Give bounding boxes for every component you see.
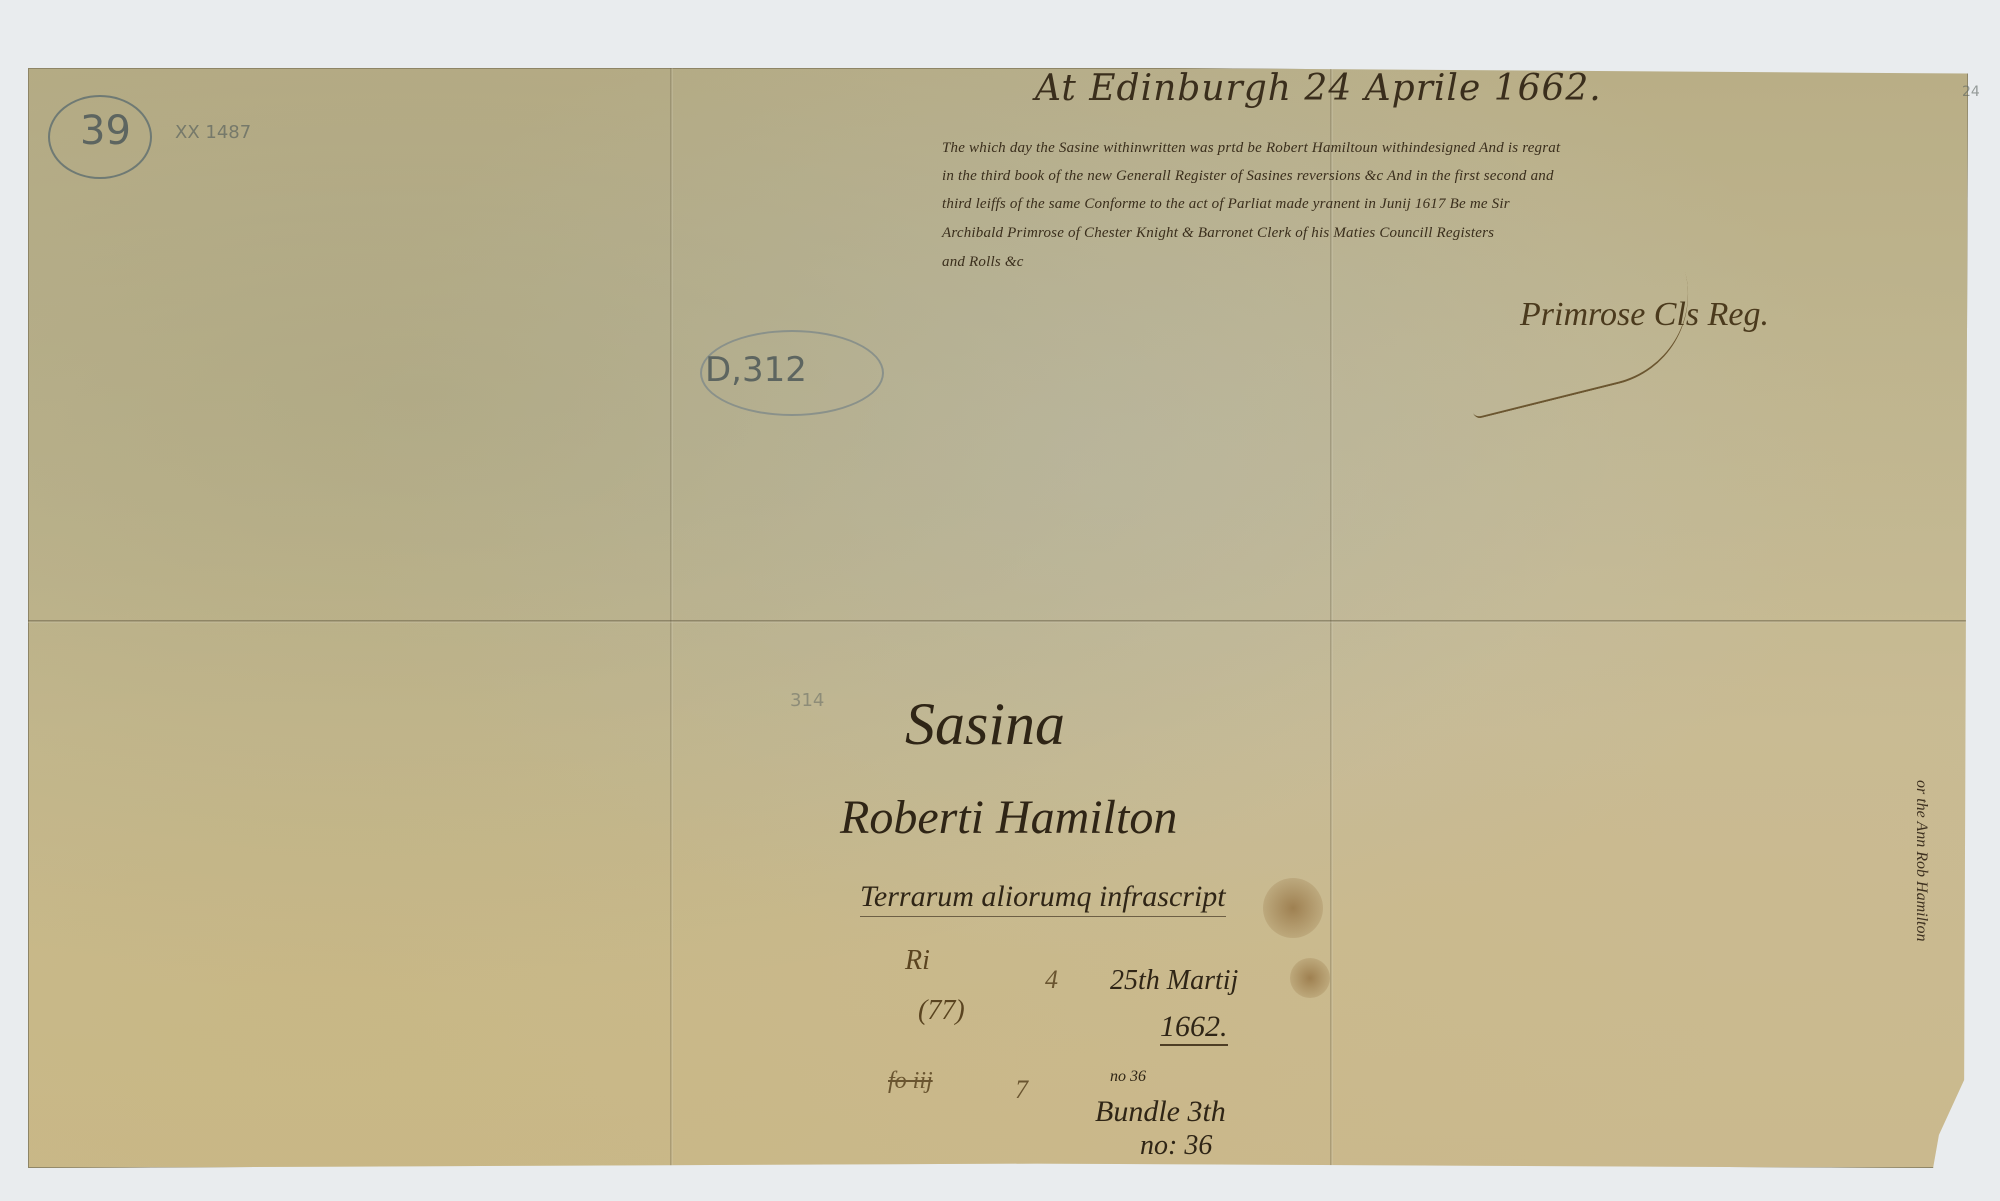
mark-fo-struck: fo iij xyxy=(888,1068,933,1095)
registration-line-5: and Rolls &c xyxy=(942,254,1024,271)
endorsement-title: Sasina xyxy=(905,690,1065,759)
endorsement-name: Roberti Hamilton xyxy=(840,790,1177,845)
registration-line-1: The which day the Sasine withinwritten w… xyxy=(942,140,1560,157)
ink-stain xyxy=(1290,958,1330,998)
mark-77: (77) xyxy=(918,995,965,1027)
mark-4: 4 xyxy=(1045,965,1058,995)
ink-stain xyxy=(1263,878,1323,938)
fold-line-horizontal xyxy=(28,620,1968,623)
endorsement-date-2: 1662. xyxy=(1160,1010,1228,1046)
mark-ri: Ri xyxy=(905,945,930,977)
circled-number: 39 xyxy=(80,108,131,154)
registration-line-3: third leiffs of the same Conforme to the… xyxy=(942,196,1510,213)
registration-line-2: in the third book of the new Generall Re… xyxy=(942,168,1554,185)
margin-note-vertical: or the Ann Rob Hamilton xyxy=(1912,780,1930,941)
fold-line-vertical-left xyxy=(670,68,673,1168)
mark-7: 7 xyxy=(1015,1075,1028,1105)
ref-oval-text: D,312 xyxy=(705,350,807,390)
place-date-heading: At Edinburgh 24 Aprile 1662. xyxy=(1035,68,1602,109)
endorsement-bundle-no: no: 36 xyxy=(1140,1130,1212,1162)
signature: Primrose Cls Reg. xyxy=(1520,296,1769,334)
corner-folio: 24 xyxy=(1962,84,1980,100)
registration-line-4: Archibald Primrose of Chester Knight & B… xyxy=(942,225,1494,242)
archive-ref: XX 1487 xyxy=(175,122,251,143)
endorsement-subject: Terrarum aliorumq infrascript xyxy=(860,880,1226,917)
endorsement-bundle: Bundle 3th xyxy=(1095,1095,1226,1129)
faint-number: 314 xyxy=(790,690,824,711)
endorsement-no-small: no 36 xyxy=(1110,1068,1146,1086)
endorsement-date-1: 25th Martij xyxy=(1110,965,1238,997)
